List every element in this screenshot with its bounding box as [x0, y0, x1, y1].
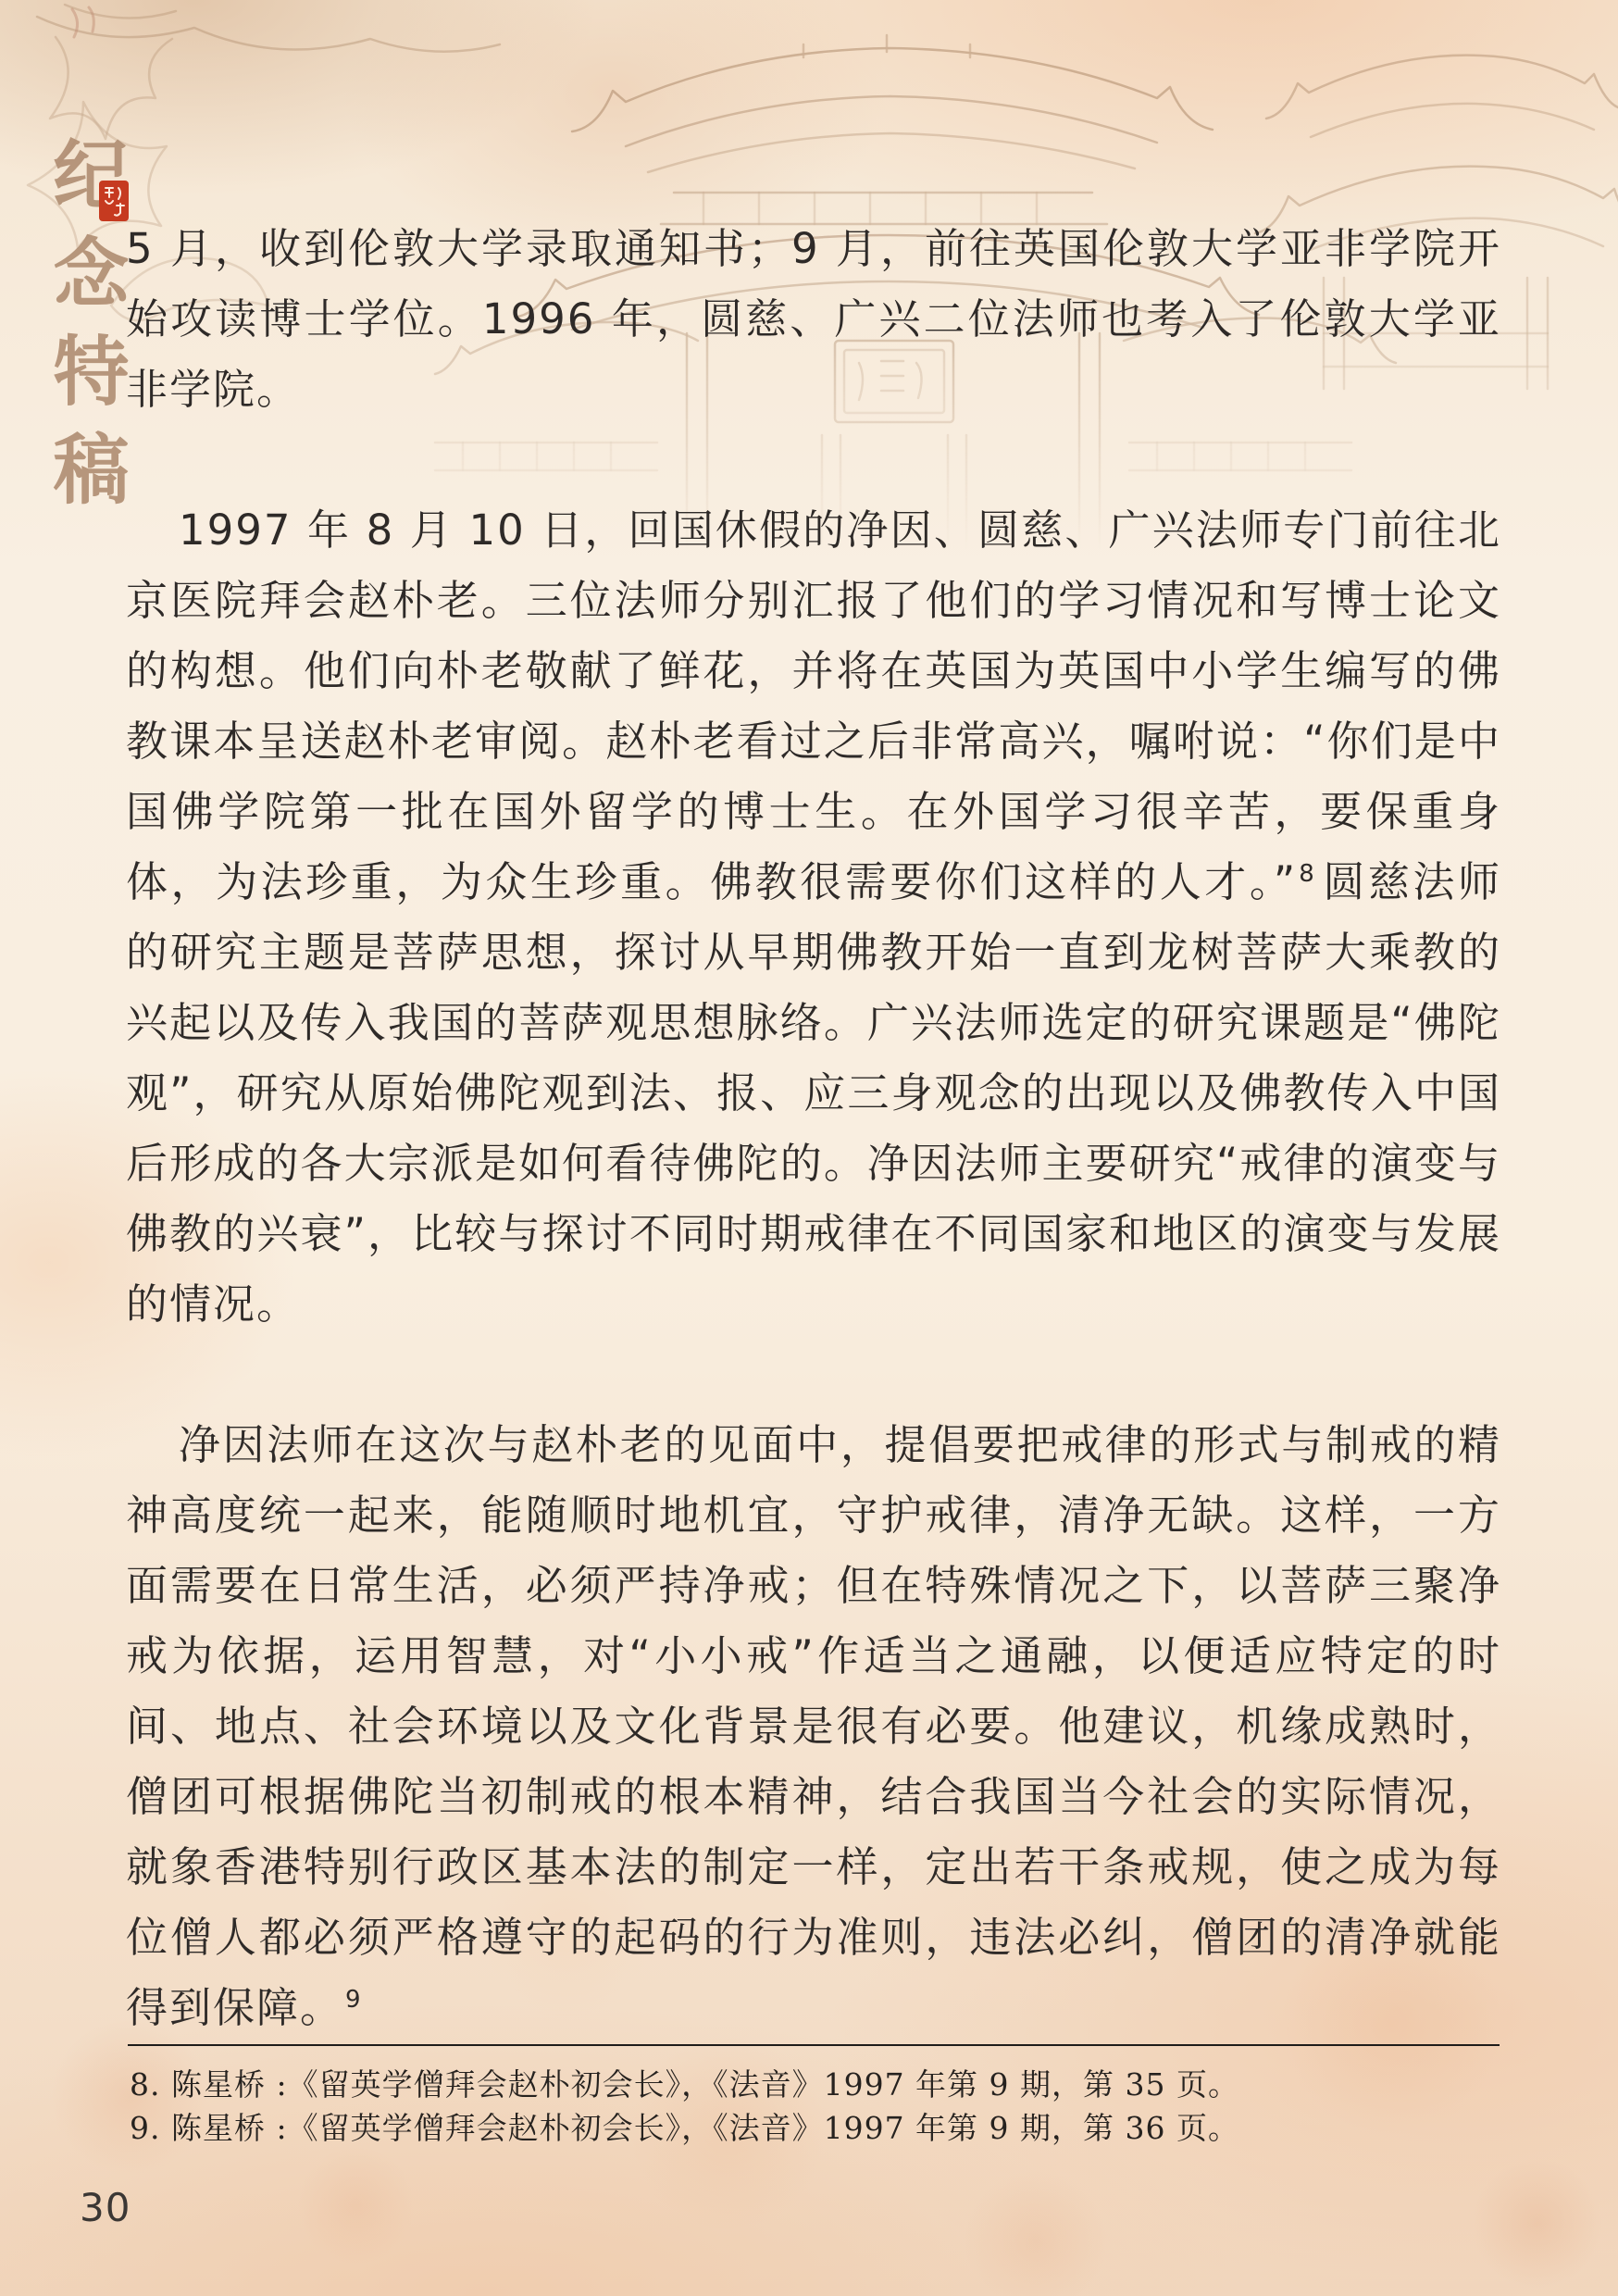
paragraph-text: 5 月，收到伦敦大学录取通知书；9 月，前往英国伦敦大学亚非学院开始攻读博士学位…: [126, 224, 1501, 414]
footnote-item: 8. 陈星桥 :《留英学僧拜会赵朴初会长》，《法音》1997 年第 9 期，第 …: [130, 2063, 1500, 2106]
footnotes: 8. 陈星桥 :《留英学僧拜会赵朴初会长》，《法音》1997 年第 9 期，第 …: [130, 2063, 1500, 2150]
paragraph-text: 1997 年 8 月 10 日，回国休假的净因、圆慈、广兴法师专门前往北京医院拜…: [126, 505, 1501, 906]
page: 纪念特稿 5 月，收到伦敦大学录取通知书；9 月，前往英国伦敦大学亚非学院开始攻…: [0, 0, 1618, 2296]
paragraph-text: 圆慈法师的研究主题是菩萨思想，探讨从早期佛教开始一直到龙树菩萨大乘教的兴起以及传…: [126, 857, 1501, 1329]
article-body: 5 月，收到伦敦大学录取通知书；9 月，前往英国伦敦大学亚非学院开始攻读博士学位…: [126, 214, 1501, 2043]
paragraph: 5 月，收到伦敦大学录取通知书；9 月，前往英国伦敦大学亚非学院开始攻读博士学位…: [126, 214, 1501, 425]
footnote-divider: [128, 2044, 1500, 2046]
paragraph-text: 净因法师在这次与赵朴老的见面中，提倡要把戒律的形式与制戒的精神高度统一起来，能随…: [126, 1420, 1501, 2032]
seal-icon: [98, 180, 130, 222]
footnote-ref-9: 9: [345, 1986, 361, 2014]
paragraph: 1997 年 8 月 10 日，回国休假的净因、圆慈、广兴法师专门前往北京医院拜…: [126, 495, 1501, 1340]
paragraph: 净因法师在这次与赵朴老的见面中，提倡要把戒律的形式与制戒的精神高度统一起来，能随…: [126, 1410, 1501, 2043]
footnote-item: 9. 陈星桥 :《留英学僧拜会赵朴初会长》，《法音》1997 年第 9 期，第 …: [130, 2106, 1500, 2150]
footnote-ref-8: 8: [1299, 860, 1314, 888]
page-number: 30: [80, 2185, 131, 2230]
